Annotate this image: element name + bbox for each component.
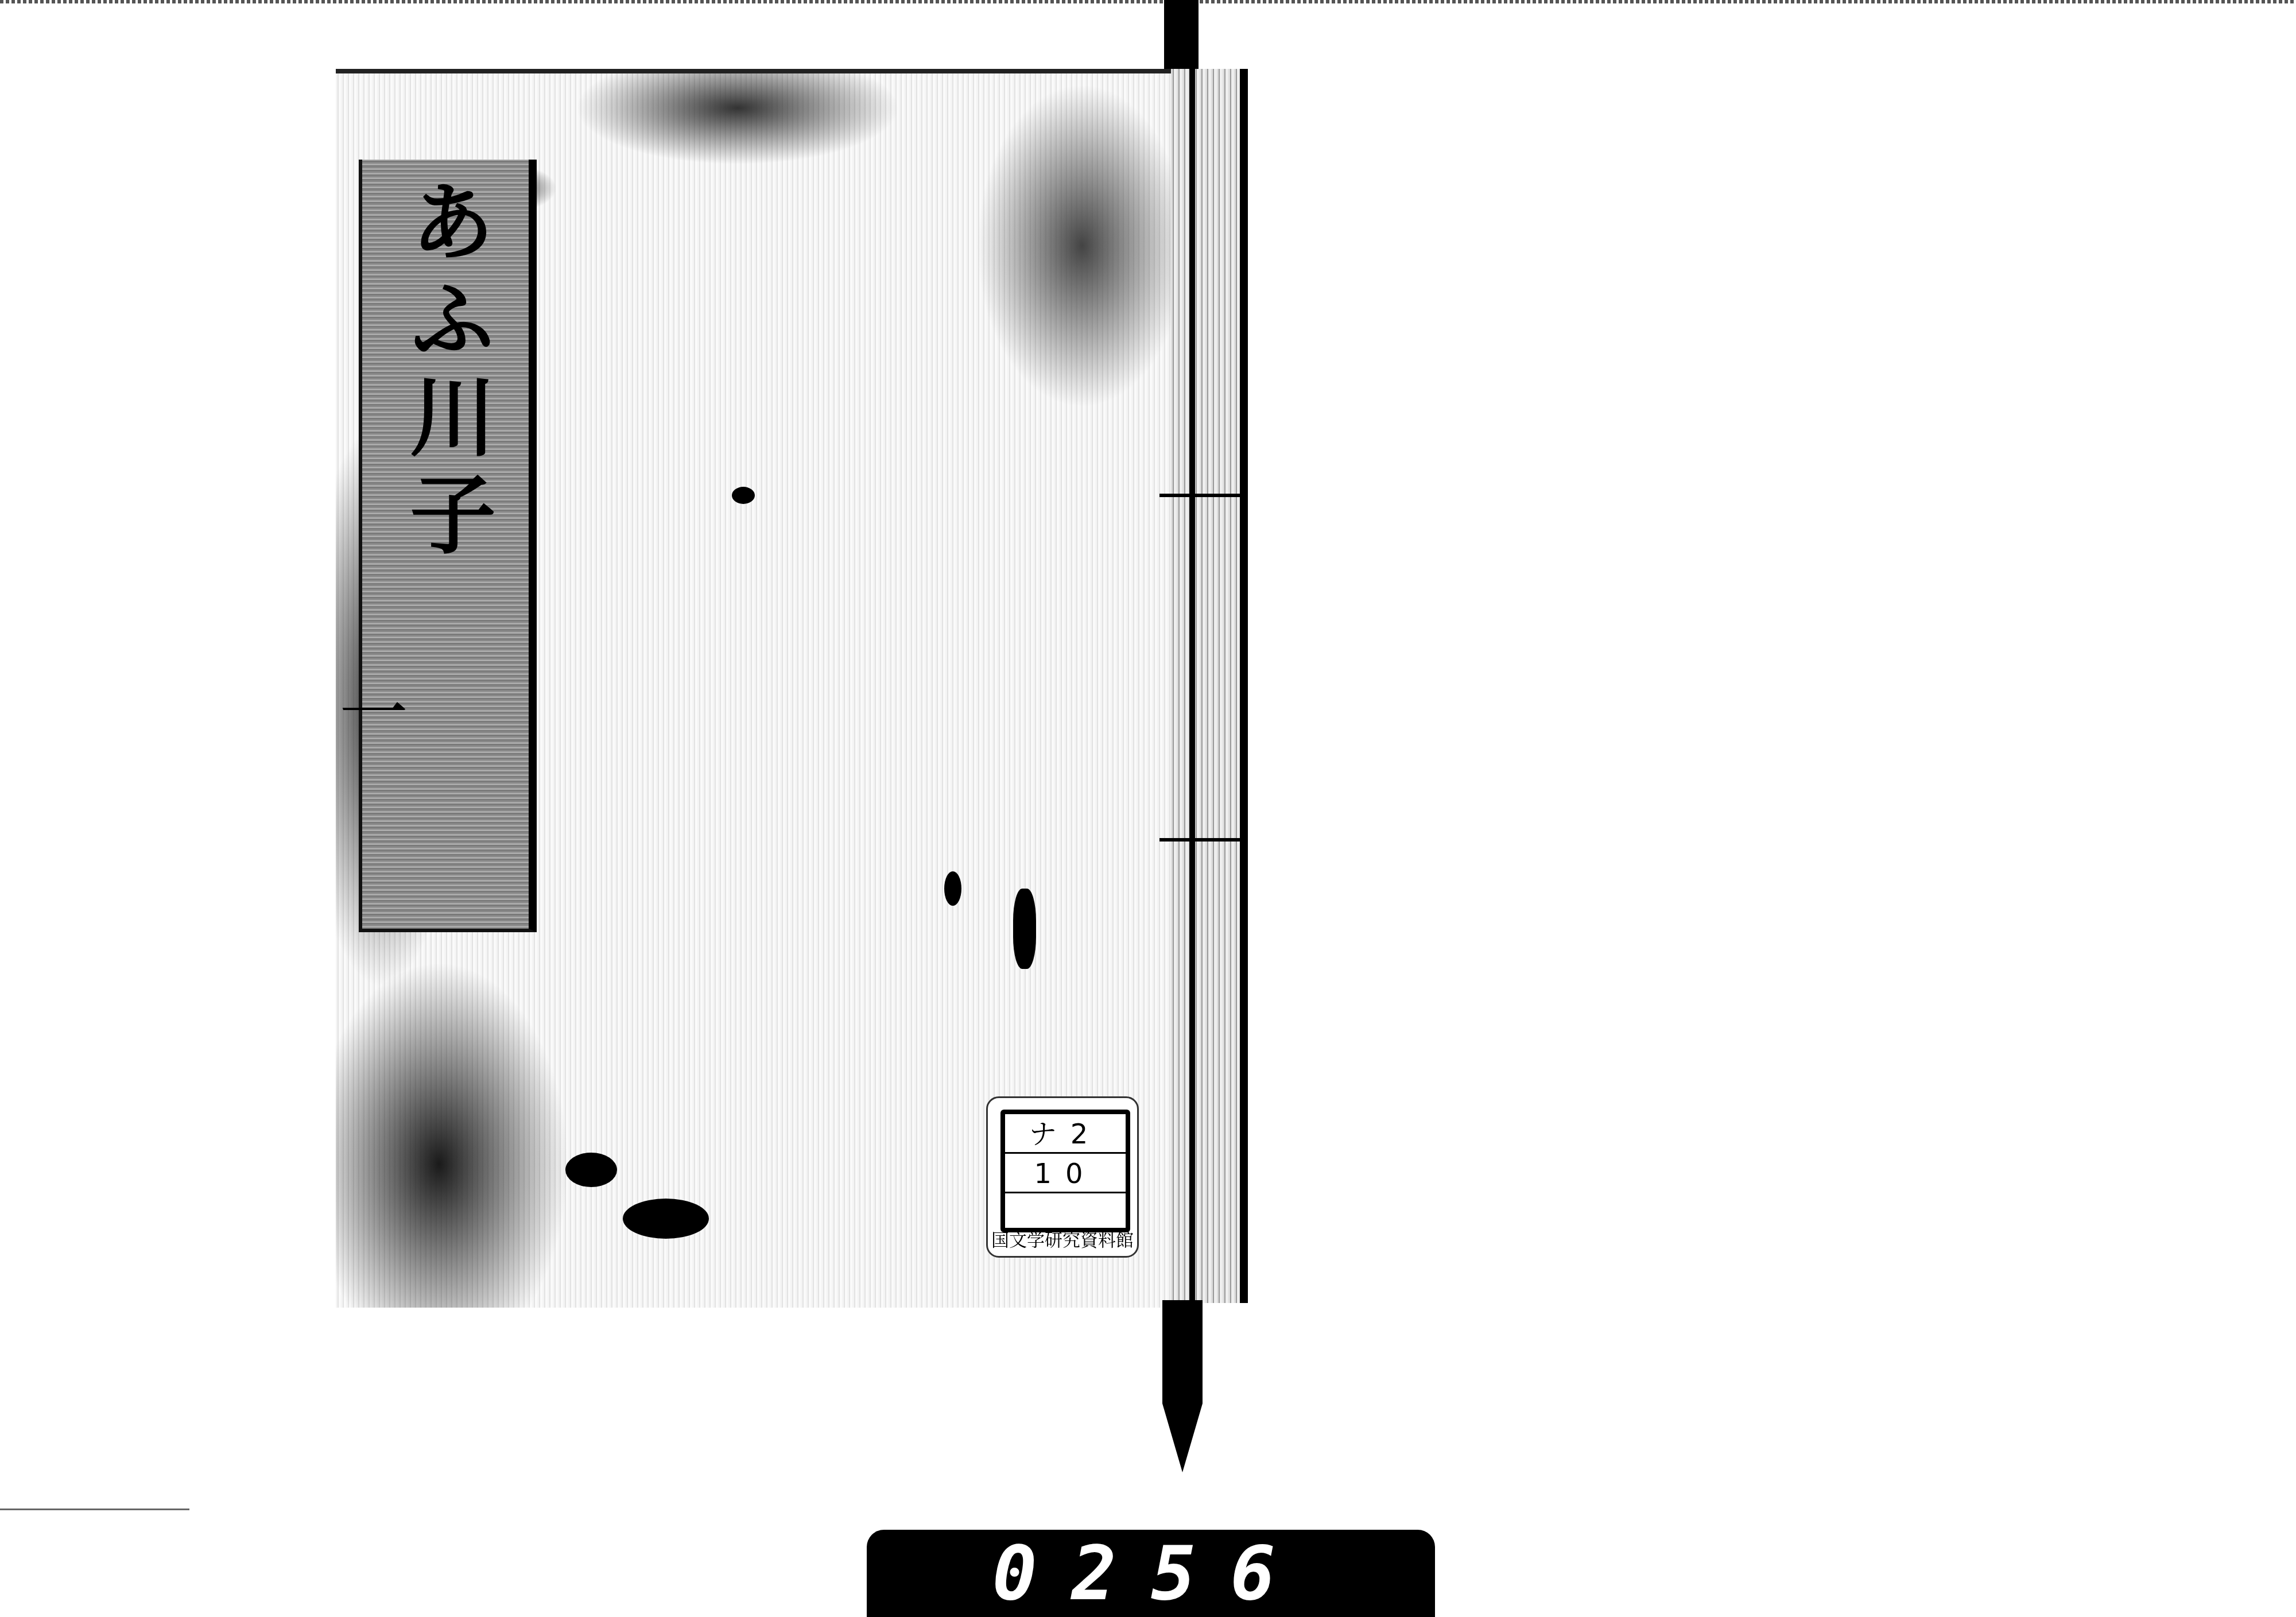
- label-row-1: ナ2: [1005, 1114, 1126, 1154]
- label-row-2: 10: [1005, 1154, 1126, 1193]
- ink-spot: [1013, 889, 1036, 969]
- library-label: ナ2 10 国文学研究資料館: [986, 1096, 1139, 1258]
- ink-spot: [732, 487, 755, 504]
- binding-thread: [1189, 69, 1195, 1303]
- ink-spot: [623, 1199, 709, 1239]
- scan-top-edge: [0, 0, 2296, 3]
- bookmark-tab-top: [1164, 0, 1199, 72]
- bookmark-tab-bottom: [1162, 1300, 1203, 1472]
- label-grid: ナ2 10: [1000, 1110, 1130, 1232]
- title-slip: あふ川子 一: [359, 160, 537, 932]
- ink-spot: [565, 1153, 617, 1187]
- frame-number: 0256: [992, 1530, 1309, 1617]
- binding-stitch: [1159, 494, 1240, 497]
- binding-stitch: [1159, 838, 1240, 842]
- book-spine: [1171, 69, 1248, 1303]
- ink-spot: [944, 871, 961, 906]
- scan-margin-line: [0, 1509, 189, 1510]
- title-text: あふ川子: [391, 177, 500, 567]
- label-institution: 国文学研究資料館: [988, 1226, 1137, 1251]
- frame-number-plate: 0256: [867, 1530, 1435, 1617]
- volume-mark: 一: [339, 659, 408, 758]
